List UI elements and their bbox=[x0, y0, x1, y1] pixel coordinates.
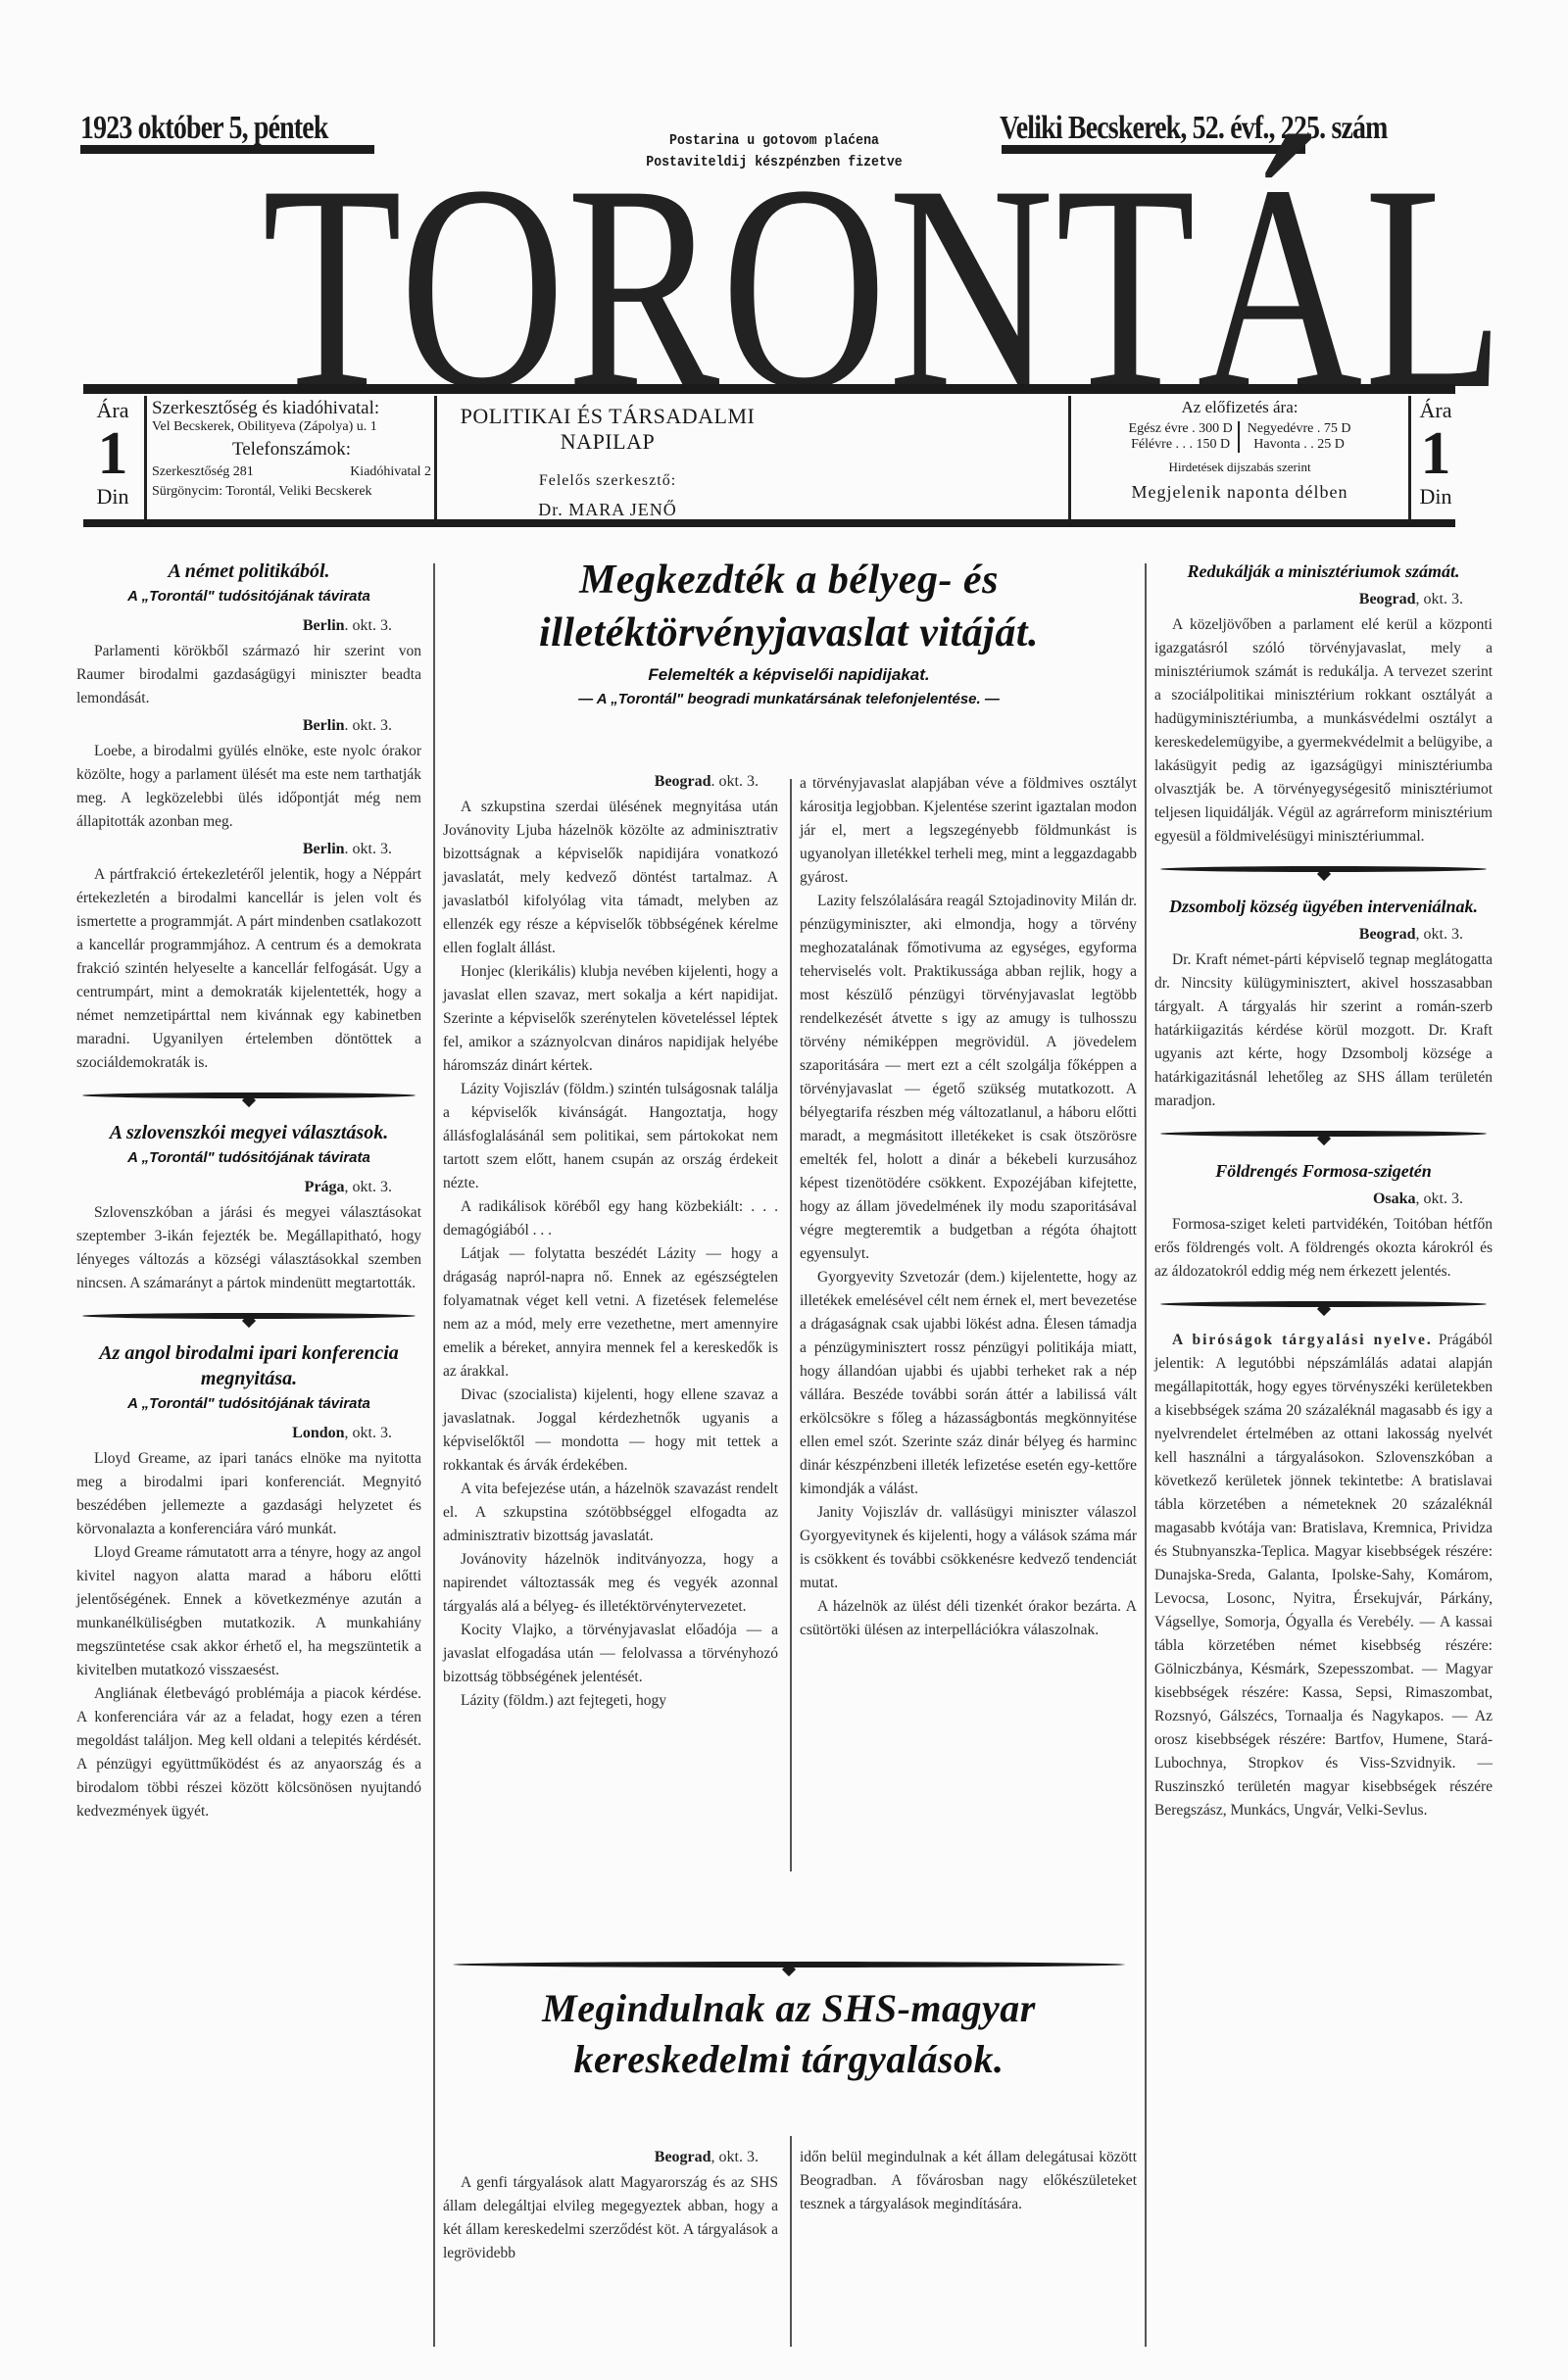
price-value: 1 bbox=[83, 423, 142, 484]
dateline: Beograd, okt. 3. bbox=[1154, 588, 1493, 611]
dateline-date: , okt. 3. bbox=[1416, 1190, 1463, 1207]
article-paragraph: Látjak — folytatta beszédét Lázity — hog… bbox=[443, 1242, 778, 1384]
subscription-heading: Az előfizetés ára: bbox=[1073, 398, 1406, 417]
article-paragraph: Divac (szocialista) kijelenti, hogy elle… bbox=[443, 1384, 778, 1478]
dateline-city: Prága bbox=[305, 1179, 345, 1195]
article-paragraph: Formosa-sziget keleti partvidékén, Toitó… bbox=[1154, 1213, 1493, 1284]
lead-headline: Megkezdték a bélyeg- és illetéktörvényja… bbox=[443, 554, 1135, 659]
article-subtitle: A „Torontál" tudósitójának távirata bbox=[76, 1149, 421, 1166]
editor-name: Dr. MARA JENŐ bbox=[441, 500, 774, 520]
dateline: Beograd, okt. 3. bbox=[1154, 923, 1493, 947]
phone-editorial: Szerkesztőség 281 bbox=[152, 464, 254, 480]
column-rule bbox=[790, 779, 792, 1871]
article-paragraph: Lloyd Greame rámutatott arra a tényre, h… bbox=[76, 1541, 421, 1682]
ads-note: Hirdetések dijszabás szerint bbox=[1073, 460, 1406, 475]
article-paragraph: Lázity Vojiszláv (földm.) szintén tulság… bbox=[443, 1078, 778, 1195]
section-divider bbox=[453, 1960, 1125, 1969]
dateline: Berlin. okt. 3. bbox=[76, 614, 421, 638]
masthead-title: TORONTÁL bbox=[262, 174, 1286, 400]
masthead-rule-bottom bbox=[83, 519, 1455, 527]
phones-row: Szerkesztőség 281 Kiadóhivatal 2 bbox=[152, 464, 431, 480]
info-band: Ára 1 Din Szerkesztőség és kiadóhivatal:… bbox=[83, 394, 1455, 523]
masthead-rule-top bbox=[83, 384, 1455, 394]
dateline-city: Berlin bbox=[303, 717, 345, 734]
subscription-table: Egész évre . 300 D Negyedévre . 75 D Fél… bbox=[1124, 421, 1356, 453]
office-info: Szerkesztőség és kiadóhivatal: Vel Becsk… bbox=[152, 398, 431, 500]
lead-story-col-a: Beograd. okt. 3. A szkupstina szerdai ül… bbox=[443, 766, 778, 1713]
column-divider bbox=[1068, 396, 1071, 521]
lead-subheadline: Felemelték a képviselői napidijakat. bbox=[443, 665, 1135, 685]
subscription-cell: Havonta . . 25 D bbox=[1239, 437, 1356, 453]
subscription-row: Félévre . . . 150 D Havonta . . 25 D bbox=[1124, 437, 1356, 453]
column-rule bbox=[433, 563, 435, 2347]
column-rule bbox=[790, 2136, 792, 2347]
article-text: Prágából jelentik: A legutóbbi népszámlá… bbox=[1154, 1332, 1493, 1819]
article-paragraph: A közeljövőben a parlament elé kerül a k… bbox=[1154, 613, 1493, 849]
dateline: Osaka, okt. 3. bbox=[1154, 1188, 1493, 1211]
dateline-date: , okt. 3. bbox=[1416, 591, 1463, 607]
price-box-left: Ára 1 Din bbox=[83, 394, 142, 523]
article-paragraph: A szkupstina szerdai ülésének megnyitása… bbox=[443, 796, 778, 960]
article-paragraph: Angliának életbevágó problémája a piacok… bbox=[76, 1682, 421, 1823]
dateline-city: Beograd bbox=[1359, 926, 1416, 943]
article-paragraph: Dr. Kraft német-párti képviselő tegnap m… bbox=[1154, 948, 1493, 1113]
dateline-city: Beograd bbox=[1359, 591, 1416, 607]
subscription-cell: Félévre . . . 150 D bbox=[1124, 437, 1239, 453]
dateline: Berlin. okt. 3. bbox=[76, 714, 421, 738]
dateline-city: Beograd bbox=[655, 2149, 711, 2165]
article-title: Redukálják a minisztériumok számát. bbox=[1154, 559, 1493, 584]
article-title: A szlovenszkói megyei választások. bbox=[76, 1120, 421, 1145]
subscription-cell: Negyedévre . 75 D bbox=[1239, 421, 1356, 437]
article-title: Az angol birodalmi ipari konferencia meg… bbox=[76, 1340, 421, 1391]
section-divider bbox=[1160, 864, 1487, 874]
subscription-row: Egész évre . 300 D Negyedévre . 75 D bbox=[1124, 421, 1356, 437]
article-paragraph: Szlovenszkóban a járási és megyei válasz… bbox=[76, 1201, 421, 1295]
price-box-right: Ára 1 Din bbox=[1416, 394, 1455, 523]
second-story: Megindulnak az SHS-magyar kereskedelmi t… bbox=[443, 1960, 1135, 2085]
column-divider bbox=[1408, 396, 1411, 521]
article-paragraph: A biróságok tárgyalási nyelve. Prágából … bbox=[1154, 1329, 1493, 1822]
article-paragraph: Parlamenti körökből származó hir szerint… bbox=[76, 640, 421, 710]
article-paragraph: A genfi tárgyalások alatt Magyarország é… bbox=[443, 2171, 778, 2265]
price-value: 1 bbox=[1416, 423, 1455, 484]
dateline-date: . okt. 3. bbox=[345, 617, 392, 634]
section-divider bbox=[82, 1091, 416, 1100]
article-paragraph: A vita befejezése után, a házelnök szava… bbox=[443, 1478, 778, 1548]
newspaper-page: 1923 október 5, péntek Postarina u gotov… bbox=[0, 0, 1568, 2380]
article-paragraph: Lazity felszólalására reagál Sztojadinov… bbox=[800, 890, 1137, 1266]
phone-publishing: Kiadóhivatal 2 bbox=[350, 464, 431, 480]
column-divider bbox=[434, 396, 437, 521]
editor-label: Felelős szerkesztő: bbox=[441, 472, 774, 490]
dateline-city: Berlin bbox=[303, 841, 345, 857]
second-headline: Megindulnak az SHS-magyar kereskedelmi t… bbox=[443, 1983, 1135, 2085]
publication-schedule: Megjelenik naponta délben bbox=[1073, 482, 1406, 503]
article-paragraph: A pártfrakció értekezletéről jelentik, h… bbox=[76, 863, 421, 1075]
phones-heading: Telefonszámok: bbox=[152, 439, 431, 461]
article-paragraph: Lloyd Greame, az ipari tanács elnöke ma … bbox=[76, 1447, 421, 1541]
inline-headline: A biróságok tárgyalási nyelve. bbox=[1172, 1332, 1433, 1348]
dateline-date: , okt. 3. bbox=[711, 2149, 759, 2165]
column-divider bbox=[144, 396, 147, 521]
article-paragraph: Gyorgyevity Szvetozár (dem.) kijelentett… bbox=[800, 1266, 1137, 1501]
article-paragraph: időn belül megindulnak a két állam deleg… bbox=[800, 2146, 1137, 2216]
section-divider bbox=[1160, 1299, 1487, 1309]
second-story-col-a: Beograd, okt. 3. A genfi tárgyalások ala… bbox=[443, 2142, 778, 2265]
dateline: Beograd. okt. 3. bbox=[443, 770, 778, 794]
section-divider bbox=[1160, 1129, 1487, 1139]
office-heading: Szerkesztőség és kiadóhivatal: bbox=[152, 398, 431, 419]
price-unit: Din bbox=[83, 484, 142, 510]
dateline-date: , okt. 3. bbox=[1416, 926, 1463, 943]
article-subtitle: A „Torontál" tudósitójának távirata bbox=[76, 1395, 421, 1412]
dateline-city: Beograd bbox=[655, 773, 711, 790]
subscription-cell: Egész évre . 300 D bbox=[1124, 421, 1239, 437]
article-paragraph: A házelnök az ülést déli tizenkét órakor… bbox=[800, 1595, 1137, 1642]
dateline-date: , okt. 3. bbox=[345, 1179, 392, 1195]
article-title: Dzsombolj község ügyében interveniálnak. bbox=[1154, 894, 1493, 919]
article-paragraph: A radikálisok köréből egy hang közbekiál… bbox=[443, 1195, 778, 1242]
column-rule bbox=[1145, 563, 1147, 2347]
tagline: POLITIKAI ÉS TÁRSADALMI NAPILAP bbox=[441, 404, 774, 455]
article-paragraph: Kocity Vlajko, a törvényjavaslat előadój… bbox=[443, 1619, 778, 1689]
dateline: Prága, okt. 3. bbox=[76, 1176, 421, 1199]
dateline-date: , okt. 3. bbox=[345, 1425, 392, 1441]
office-address: Vel Becskerek, Obilityeva (Zápolya) u. 1 bbox=[152, 419, 431, 435]
lead-story: Megkezdték a bélyeg- és illetéktörvényja… bbox=[443, 554, 1135, 707]
dateline-city: Berlin bbox=[303, 617, 345, 634]
dateline-date: . okt. 3. bbox=[345, 841, 392, 857]
dateline-date: . okt. 3. bbox=[711, 773, 759, 790]
article-title: Földrengés Formosa-szigetén bbox=[1154, 1158, 1493, 1184]
article-paragraph: Loebe, a birodalmi gyülés elnöke, este n… bbox=[76, 740, 421, 834]
article-paragraph: Janity Vojiszláv dr. vallásügyi miniszte… bbox=[800, 1501, 1137, 1595]
price-unit: Din bbox=[1416, 484, 1455, 510]
subscription-block: Az előfizetés ára: Egész évre . 300 D Ne… bbox=[1073, 398, 1406, 503]
tagline-block: POLITIKAI ÉS TÁRSADALMI NAPILAP Felelős … bbox=[441, 404, 774, 520]
dateline-city: Osaka bbox=[1373, 1190, 1416, 1207]
article-paragraph: Lázity (földm.) azt fejtegeti, hogy bbox=[443, 1689, 778, 1713]
lead-byline: — A „Torontál" beogradi munkatársának te… bbox=[443, 691, 1135, 707]
right-column: Redukálják a minisztériumok számát. Beog… bbox=[1154, 557, 1493, 1822]
lead-story-col-b: a törvényjavaslat alapjában véve a földm… bbox=[800, 772, 1137, 1642]
article-paragraph: a törvényjavaslat alapjában véve a földm… bbox=[800, 772, 1137, 890]
telegram-address: Sürgönycim: Torontál, Veliki Becskerek bbox=[152, 484, 431, 500]
article-subtitle: A „Torontál" tudósitójának távirata bbox=[76, 588, 421, 605]
second-story-col-b: időn belül megindulnak a két állam deleg… bbox=[800, 2146, 1137, 2216]
dateline: London, okt. 3. bbox=[76, 1422, 421, 1445]
dateline: Berlin. okt. 3. bbox=[76, 838, 421, 861]
left-column: A német politikából. A „Torontál" tudósi… bbox=[76, 557, 421, 1823]
article-paragraph: Jovánovity házelnök inditványozza, hogy … bbox=[443, 1548, 778, 1619]
dateline: Beograd, okt. 3. bbox=[443, 2146, 778, 2169]
article-paragraph: Honjec (klerikális) klubja nevében kijel… bbox=[443, 960, 778, 1078]
dateline-city: London bbox=[292, 1425, 344, 1441]
dateline-date: . okt. 3. bbox=[345, 717, 392, 734]
section-divider bbox=[82, 1311, 416, 1321]
article-title: A német politikából. bbox=[76, 559, 421, 584]
